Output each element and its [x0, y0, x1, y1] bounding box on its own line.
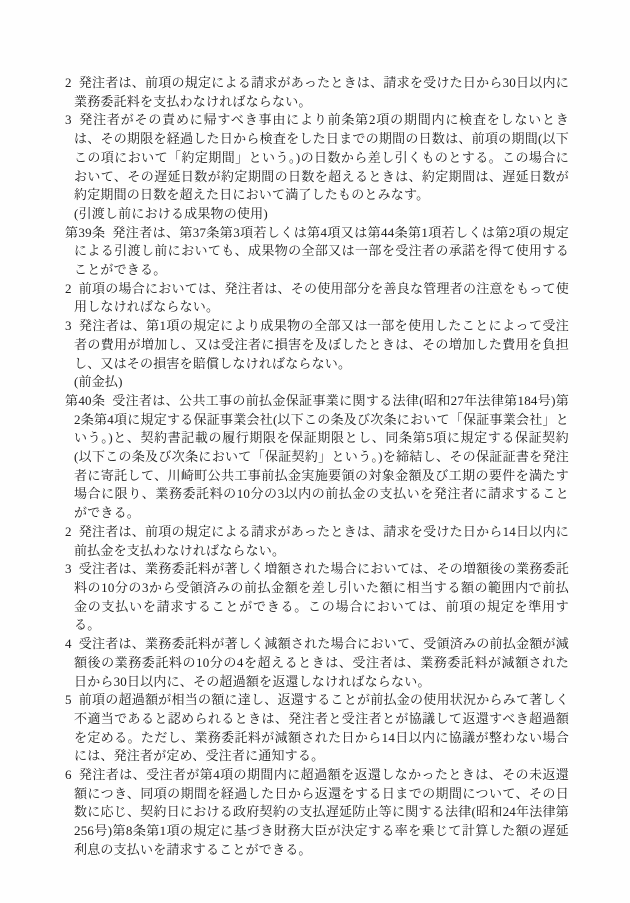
item-paragraph: 2前項の場合においては、発注者は、その使用部分を善良な管理者の注意をもって使用し…	[65, 280, 569, 317]
item-paragraph: 2発注者は、前項の規定による請求があったときは、請求を受けた日から14日以内に前…	[65, 523, 569, 560]
paragraph-text: 発注者は、前項の規定による請求があったときは、請求を受けた日から30日以内に業務…	[74, 75, 569, 109]
paragraph-text: 受注者は、業務委託料が著しく減額された場合において、受領済みの前払金額が減額後の…	[74, 636, 569, 688]
item-paragraph: 6発注者は、受注者が第4項の期間内に超過額を返還しなかったときは、その未返還額に…	[65, 766, 569, 860]
item-paragraph: 3発注者がその責めに帰すべき事由により前条第2項の期間内に検査をしないときは、そ…	[65, 111, 569, 205]
article-paragraph: 第40条受注者は、公共工事の前払金保証事業に関する法律(昭和27年法律第184号…	[65, 392, 569, 523]
item-paragraph: 3発注者は、第1項の規定により成果物の全部又は一部を使用したことによって受注者の…	[65, 317, 569, 373]
paragraph-number: 3	[65, 561, 72, 576]
paragraph-number: 3	[65, 112, 72, 127]
item-paragraph: 2発注者は、前項の規定による請求があったときは、請求を受けた日から30日以内に業…	[65, 74, 569, 111]
item-paragraph: 4受注者は、業務委託料が著しく減額された場合において、受領済みの前払金額が減額後…	[65, 635, 569, 691]
paragraph-number: 4	[65, 636, 72, 651]
paragraph-text: 受注者は、公共工事の前払金保証事業に関する法律(昭和27年法律第184号)第2条…	[74, 393, 569, 520]
paragraph-text: 発注者は、前項の規定による請求があったときは、請求を受けた日から14日以内に前払…	[74, 524, 569, 558]
document-body: 2発注者は、前項の規定による請求があったときは、請求を受けた日から30日以内に業…	[65, 74, 569, 860]
paragraph-text: 発注者は、第1項の規定により成果物の全部又は一部を使用したことによって受注者の費…	[74, 318, 569, 370]
paragraph-text: (引渡し前における成果物の使用)	[74, 206, 268, 221]
item-paragraph: 5前項の超過額が相当の額に達し、返還することが前払金の使用状況からみて著しく不適…	[65, 691, 569, 766]
paragraph-number: 第39条	[65, 225, 105, 240]
document-page: 2発注者は、前項の規定による請求があったときは、請求を受けた日から30日以内に業…	[0, 0, 630, 903]
article-paragraph: 第39条発注者は、第37条第3項若しくは第4項又は第44条第1項若しくは第2項の…	[65, 224, 569, 280]
paragraph-number: 第40条	[65, 393, 105, 408]
paragraph-text: 発注者は、受注者が第4項の期間内に超過額を返還しなかったときは、その未返還額につ…	[74, 767, 569, 857]
section-heading: (前金払)	[65, 373, 569, 392]
paragraph-text: 前項の場合においては、発注者は、その使用部分を善良な管理者の注意をもって使用しな…	[74, 281, 569, 315]
paragraph-number: 2	[65, 281, 72, 296]
paragraph-number: 2	[65, 524, 72, 539]
paragraph-text: 発注者は、第37条第3項若しくは第4項又は第44条第1項若しくは第2項の規定によ…	[74, 225, 569, 277]
paragraph-text: 発注者がその責めに帰すべき事由により前条第2項の期間内に検査をしないときは、その…	[74, 112, 569, 202]
section-heading: (引渡し前における成果物の使用)	[65, 205, 569, 224]
paragraph-text: (前金払)	[74, 374, 123, 389]
paragraph-number: 2	[65, 75, 72, 90]
paragraph-number: 3	[65, 318, 72, 333]
paragraph-number: 5	[65, 692, 72, 707]
paragraph-text: 受注者は、業務委託料が著しく増額された場合においては、その増額後の業務委託料の1…	[74, 561, 569, 632]
paragraph-number: 6	[65, 767, 72, 782]
paragraph-text: 前項の超過額が相当の額に達し、返還することが前払金の使用状況からみて著しく不適当…	[74, 692, 569, 763]
item-paragraph: 3受注者は、業務委託料が著しく増額された場合においては、その増額後の業務委託料の…	[65, 560, 569, 635]
